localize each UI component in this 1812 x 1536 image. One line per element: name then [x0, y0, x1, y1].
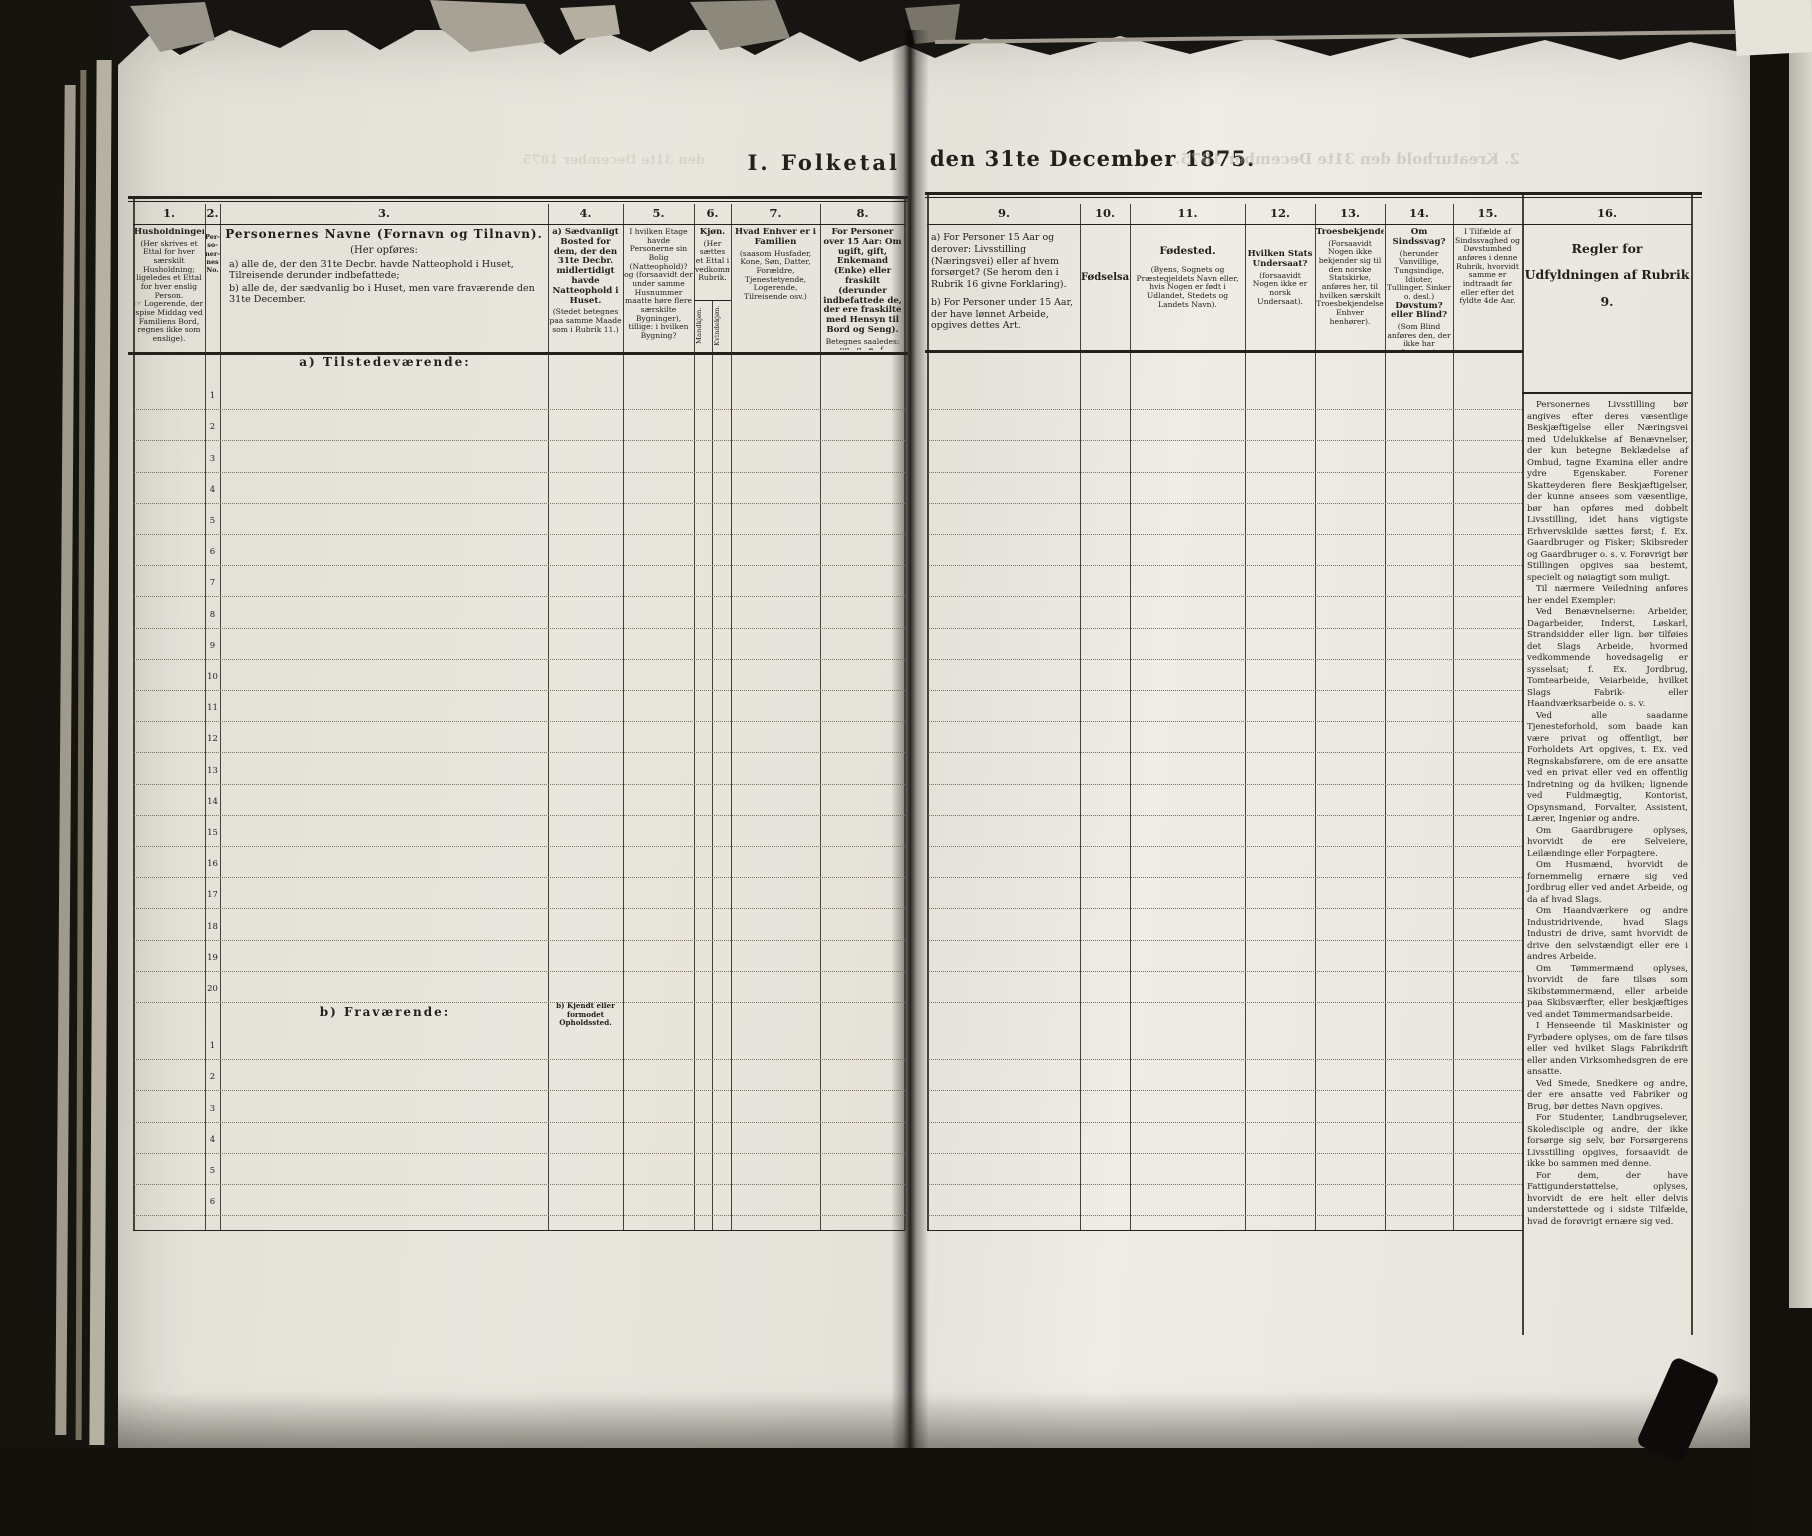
instructions-paragraph: For dem, der have Fattigunderstøttelse, … — [1527, 1171, 1688, 1229]
column-note-lodgers: ☞ Logerende, der spise Middag ved Famili… — [134, 300, 204, 343]
table-row: 10 — [134, 659, 905, 691]
row-number: 5 — [205, 1166, 220, 1176]
row-number: 2 — [205, 422, 220, 432]
table-row: 4 — [134, 472, 905, 504]
row-number: 4 — [205, 485, 220, 495]
table-row: 11 — [134, 690, 905, 722]
row-number: 8 — [205, 610, 220, 620]
rubric9-instructions: Personernes Livsstilling bør angives eft… — [1527, 400, 1688, 1340]
column-item-a: a) For Personer 15 Aar og derover: Livss… — [929, 228, 1079, 293]
column-title: Personernes Navne (Fornavn og Tilnavn). — [221, 228, 547, 242]
column-header-usual-residence: a) Sædvanligt Bosted for dem, der den 31… — [549, 228, 622, 350]
column-number-3: 3. — [221, 206, 547, 223]
table-rule — [133, 224, 905, 225]
table-row: 1 — [134, 1028, 905, 1060]
instructions-paragraph: Om Gaardbrugere oplyses, hvorvidt de ere… — [1527, 826, 1688, 861]
column-note: (Her sættes et Ettal i vedkommende Rubri… — [695, 240, 730, 283]
row-number: 9 — [205, 641, 220, 651]
instructions-paragraph: Om Haandværkere og andre Industridrivend… — [1527, 906, 1688, 964]
row-number: 5 — [205, 516, 220, 526]
column-item-b: b) For Personer under 15 Aar, der have l… — [929, 293, 1079, 334]
table-rule — [927, 224, 1692, 225]
table-row — [928, 1090, 1522, 1122]
row-number: 19 — [205, 953, 220, 963]
column-header-marital-status: For Personer over 15 Aar: Om ugift, gift… — [821, 228, 904, 350]
subcolumn-male: Mandkjøn. — [695, 301, 712, 350]
column-note: (Byens, Sognets og Præstegjeldets Navn e… — [1131, 266, 1244, 309]
table-row: 17 — [134, 877, 905, 909]
row-number: 2 — [205, 1072, 220, 1082]
section-label-absent: b) Fraværende: — [270, 1005, 500, 1019]
table-row — [928, 503, 1522, 535]
column-title: For Personer over 15 Aar: Om ugift, gift… — [821, 228, 904, 336]
column-header-family-position: Hvad Enhver er i Familien (saasom Husfad… — [732, 228, 819, 350]
row-number: 1 — [205, 1041, 220, 1051]
row-number: 7 — [205, 578, 220, 588]
column-number-8: 8. — [821, 206, 904, 223]
column-header-creed: Troesbekjendelse. (Forsaavidt Nogen ikke… — [1316, 228, 1384, 350]
column-number-6: 6. — [695, 206, 730, 223]
table-row: 7 — [134, 565, 905, 597]
table-row: 19 — [134, 940, 905, 972]
table-rule — [133, 1230, 905, 1231]
column-title: I Tilfælde af Sindssvaghed og Døvstumhed… — [1454, 228, 1521, 306]
column-title: I hvilken Etage havde Personerne sin Bol… — [624, 228, 693, 341]
row-number: 15 — [205, 828, 220, 838]
column-number-16: 16. — [1523, 206, 1691, 223]
section-label-present: a) Tilstedeværende: — [270, 355, 500, 369]
column-title: Troesbekjendelse. — [1316, 228, 1384, 238]
table-row — [928, 472, 1522, 504]
table-row — [928, 908, 1522, 940]
column-subtitle: (Her opføres: — [221, 245, 547, 256]
table-row — [928, 596, 1522, 628]
column-note: (Forsaavidt Nogen ikke bekjender sig til… — [1316, 240, 1384, 327]
column-header-birthplace: Fødested. (Byens, Sognets og Præstegjeld… — [1131, 228, 1244, 350]
table-row: 5 — [134, 503, 905, 535]
column-title: Hvad Enhver er i Familien — [732, 228, 819, 248]
table-row — [928, 1122, 1522, 1154]
column-note: (Stedet betegnes paa samme Maade som i R… — [549, 308, 622, 334]
column-number-13: 13. — [1316, 206, 1384, 223]
table-row — [928, 752, 1522, 784]
instructions-paragraph: Ved Benævnelserne: Arbeider, Dagarbeider… — [1527, 607, 1688, 711]
table-rule — [925, 192, 1702, 195]
row-number: 20 — [205, 984, 220, 994]
column-item-a: a) alle de, der den 31te Decbr. havde Na… — [221, 259, 547, 283]
column-number-15: 15. — [1454, 206, 1521, 223]
table-rule — [128, 201, 908, 202]
column-number-10: 10. — [1081, 206, 1129, 223]
table-row: 13 — [134, 752, 905, 784]
table-row — [928, 940, 1522, 972]
table-row: 6 — [134, 534, 905, 566]
instructions-paragraph: Om Husmænd, hvorvidt de fornemmelig ernæ… — [1527, 860, 1688, 906]
row-number: 1 — [205, 391, 220, 401]
column-title-2: Døvstum? eller Blind? — [1386, 302, 1452, 322]
column-title: a) Sædvanligt Bosted for dem, der den 31… — [549, 228, 622, 306]
column-header-disabilities: Om Sindssvag? (herunder Vanvillige, Tung… — [1386, 228, 1452, 350]
table-row: 14 — [134, 784, 905, 816]
table-row: 5 — [134, 1153, 905, 1185]
table-row: 1 — [134, 378, 905, 410]
table-rule — [694, 300, 731, 301]
table-rule — [1522, 392, 1692, 394]
table-row — [928, 628, 1522, 660]
column-note: (herunder Vanvillige, Tungsindige, Idiot… — [1386, 250, 1452, 302]
table-row — [928, 1028, 1522, 1060]
table-row: 20 — [134, 971, 905, 1003]
bleedthrough-text: den 31te December 1875 — [455, 153, 705, 168]
table-row: 2 — [134, 1059, 905, 1091]
instructions-paragraph: Ved Smede, Snedkere og andre, der ere an… — [1527, 1079, 1688, 1114]
column-note: (forsaavidt Nogen ikke er norsk Undersaa… — [1246, 272, 1314, 307]
instructions-paragraph: Ved alle saadanne Tjenesteforhold, som b… — [1527, 711, 1688, 826]
table-row — [928, 1184, 1522, 1216]
page-curvature-shadow — [118, 1392, 1757, 1450]
row-number: 4 — [205, 1135, 220, 1145]
table-rule — [925, 350, 1523, 353]
column-header-disability-onset: I Tilfælde af Sindssvaghed og Døvstumhed… — [1454, 228, 1521, 350]
bleedthrough-text: 2. Kreaturhold den 31te December 1875. — [1140, 150, 1520, 168]
table-row — [928, 659, 1522, 691]
table-row: 18 — [134, 908, 905, 940]
instructions-paragraph: Personernes Livsstilling bør angives eft… — [1527, 400, 1688, 584]
column-divider — [1522, 192, 1524, 1335]
column-title: Om Sindssvag? — [1386, 228, 1452, 248]
row-number: 13 — [205, 766, 220, 776]
table-row — [928, 1153, 1522, 1185]
scan-bottom-edge — [0, 1448, 1812, 1536]
page-block-edge — [1789, 0, 1812, 1308]
instructions-paragraph: I Henseende til Maskinister og Fyrbødere… — [1527, 1021, 1688, 1079]
column-note: Betegnes saaledes: ug., g., e., f. — [821, 338, 904, 350]
column-divider — [1691, 192, 1693, 1335]
table-row — [928, 877, 1522, 909]
table-row — [928, 784, 1522, 816]
column-item-b: b) alle de, der sædvanlig bo i Huset, me… — [221, 283, 547, 307]
column-number-5: 5. — [624, 206, 693, 223]
table-row — [928, 440, 1522, 472]
table-row: 16 — [134, 846, 905, 878]
column-header-households: Husholdninger. (Her skrives et Ettal for… — [134, 228, 204, 350]
table-row: 9 — [134, 628, 905, 660]
column-header-floor: I hvilken Etage havde Personerne sin Bol… — [624, 228, 693, 350]
column-number-9: 9. — [929, 206, 1079, 223]
column-note-2: (Som Blind anføres den, der ikke har Gan… — [1386, 323, 1452, 350]
column-title: Hvilken Stats Undersaat? — [1246, 250, 1314, 270]
table-row: 4 — [134, 1122, 905, 1154]
table-row: 3 — [134, 1090, 905, 1122]
column-number-4: 4. — [549, 206, 622, 223]
column-title: Husholdninger. — [134, 228, 204, 238]
table-row — [928, 971, 1522, 1003]
instructions-paragraph: For Studenter, Landbrugselever, Skoledis… — [1527, 1113, 1688, 1171]
column-number-11: 11. — [1131, 206, 1244, 223]
table-row — [928, 846, 1522, 878]
table-row — [928, 1059, 1522, 1091]
row-number: 10 — [205, 672, 220, 682]
table-rule — [128, 196, 908, 199]
table-rule — [927, 1230, 1523, 1231]
column-number-14: 14. — [1386, 206, 1452, 223]
column-header-person-number: Per-so-ner-nes No. — [205, 228, 220, 355]
table-row: 12 — [134, 721, 905, 753]
row-number: 16 — [205, 859, 220, 869]
instructions-paragraph: Om Tømmermænd oplyses, hvorvidt de fare … — [1527, 964, 1688, 1022]
table-row: 2 — [134, 409, 905, 441]
column-title: Fødested. — [1131, 246, 1244, 258]
page-corner-fragment — [1733, 0, 1812, 56]
table-row: 3 — [134, 440, 905, 472]
table-rule — [128, 352, 908, 355]
table-row — [928, 565, 1522, 597]
absent-residence-note: b) Kjendt eller formodet Opholdssted. — [549, 1002, 622, 1028]
row-number: 18 — [205, 922, 220, 932]
column-number-12: 12. — [1246, 206, 1314, 223]
table-row — [928, 409, 1522, 441]
column-number-2: 2. — [205, 206, 220, 223]
column-header-birth-year: Fødselsaar. — [1081, 228, 1129, 394]
table-row: 8 — [134, 596, 905, 628]
subcolumn-female: Kvindekjøn. — [713, 301, 730, 350]
column-note: (saasom Husfader, Kone, Søn, Datter, For… — [732, 250, 819, 302]
table-row: 15 — [134, 815, 905, 847]
column-header-occupation: a) For Personer 15 Aar og derover: Livss… — [929, 228, 1079, 350]
row-number: 6 — [205, 1197, 220, 1207]
row-number: 14 — [205, 797, 220, 807]
table-rule — [925, 197, 1702, 198]
row-number: 3 — [205, 1104, 220, 1114]
table-row — [928, 815, 1522, 847]
row-number: 17 — [205, 890, 220, 900]
table-row — [928, 378, 1522, 410]
column-title: Kjøn. — [695, 228, 730, 238]
column-note: (Her skrives et Ettal for hver særskilt … — [134, 240, 204, 301]
table-row — [928, 690, 1522, 722]
row-number: 6 — [205, 547, 220, 557]
column-header-names: Personernes Navne (Fornavn og Tilnavn). … — [221, 228, 547, 350]
table-row — [928, 534, 1522, 566]
row-number: 3 — [205, 454, 220, 464]
row-number: 11 — [205, 703, 220, 713]
table-row: 6 — [134, 1184, 905, 1216]
row-number: 12 — [205, 734, 220, 744]
instructions-paragraph: Til nærmere Veiledning anføres her endel… — [1527, 584, 1688, 607]
table-row — [928, 721, 1522, 753]
column-header-rules: Regler for Udfyldningen af Rubrik 9. — [1523, 236, 1691, 386]
column-number-7: 7. — [732, 206, 819, 223]
column-header-citizenship: Hvilken Stats Undersaat? (forsaavidt Nog… — [1246, 228, 1314, 350]
census-form-scan: I. Folketal den 31te December 1875. 2. K… — [0, 0, 1812, 1536]
column-number-1: 1. — [134, 206, 204, 223]
form-title-left: I. Folketal — [672, 150, 900, 175]
